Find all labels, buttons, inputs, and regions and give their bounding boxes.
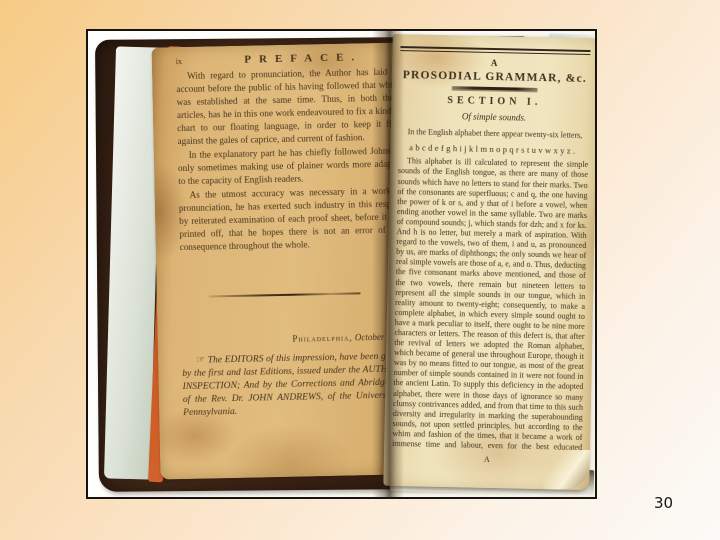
right-page-grammar: A PROSODIAL GRAMMAR, &c. SECTION I. Of s… [383,34,597,490]
half-title: A [400,56,590,70]
slide-page-number: 30 [654,494,694,512]
dateline-place: Philadelphia, [292,332,352,343]
section-heading: SECTION I. [399,94,589,109]
alphabet-line: abcdefghijklmnopqrstuvwxyz. [398,142,588,156]
preface-paragraph-2: In the explanatory part he has chiefly f… [178,144,404,188]
intro-line: In the English alphabet there appear twe… [399,127,589,141]
left-page-folio: ix [176,57,206,67]
book-gutter-shadow [372,31,404,497]
divider-rule [209,292,361,297]
grammar-title: PROSODIAL GRAMMAR, &c. [400,69,590,85]
slide-background: ix PREFACE. With regard to pronunciation… [0,0,720,540]
left-page-preface: ix PREFACE. With regard to pronunciation… [152,42,409,479]
pointing-hand-icon: ☞ [196,355,205,366]
book-photograph: ix PREFACE. With regard to pronunciation… [86,29,597,499]
preface-paragraph-3: As the utmost accuracy was necessary in … [178,184,404,254]
right-page-text-block: A PROSODIAL GRAMMAR, &c. SECTION I. Of s… [392,34,591,466]
preface-paragraph-1: With regard to pronunciation, the Author… [176,65,403,148]
section-subtitle: Of simple sounds. [399,110,589,124]
signature-mark: A [392,453,582,466]
double-rule [400,46,590,55]
grammar-body-text: This alphabet is ill calculated to repre… [392,156,588,454]
ornament-rule [452,86,538,91]
